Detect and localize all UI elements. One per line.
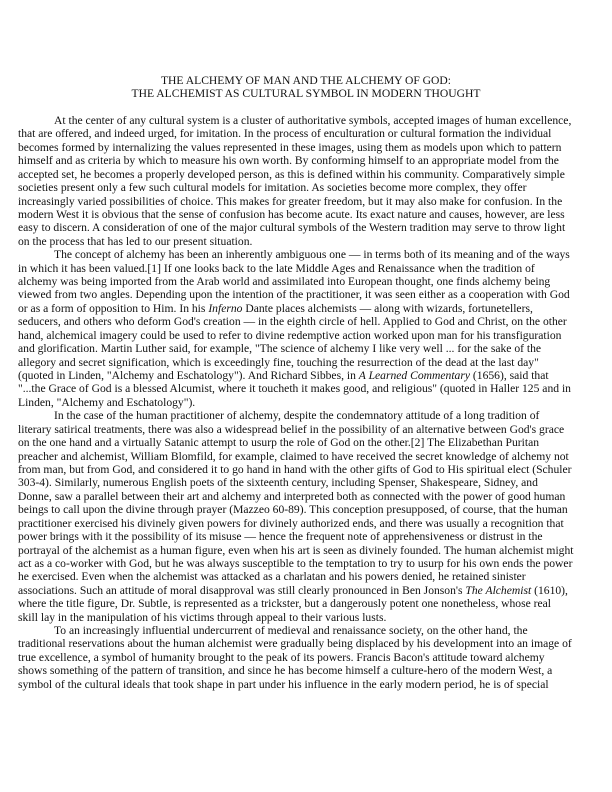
text-line: hand, alchemical imagery could be used t… [18, 329, 598, 342]
text-line: literary satirical treatments, there was… [18, 423, 598, 436]
italic-title: A Learned Commentary [359, 369, 470, 382]
text-line: To an increasingly influential undercurr… [18, 624, 598, 637]
text-line: true excellence, a symbol of humanity br… [18, 651, 598, 664]
title-line-2: THE ALCHEMIST AS CULTURAL SYMBOL IN MODE… [0, 87, 612, 100]
text-line: The concept of alchemy has been an inher… [18, 248, 598, 261]
text-line: where the title figure, Dr. Subtle, is r… [18, 597, 598, 610]
text-line: easy to discern. A consideration of one … [18, 221, 598, 234]
text-line: on the process that has led to our prese… [18, 235, 598, 248]
text-line: associations. Such an attitude of moral … [18, 584, 598, 597]
text-line: "...the Grace of God is a blessed Alcumi… [18, 382, 598, 395]
text-line: act as a co-worker with God, but he was … [18, 557, 598, 570]
text-line: At the center of any cultural system is … [18, 114, 598, 127]
title-line-1: THE ALCHEMY OF MAN AND THE ALCHEMY OF GO… [0, 74, 612, 87]
text-line: In the case of the human practitioner of… [18, 409, 598, 422]
text-line: modern West it is obvious that the sense… [18, 208, 598, 221]
text-line: societies present only a few such cultur… [18, 181, 598, 194]
document-title: THE ALCHEMY OF MAN AND THE ALCHEMY OF GO… [0, 74, 612, 101]
text-line: accepted set, he becomes a properly deve… [18, 168, 598, 181]
text-line: preacher and alchemist, William Blomfild… [18, 450, 598, 463]
text-line: or as a form of opposition to Him. In hi… [18, 302, 598, 315]
text-line: from man, but from God, and considered i… [18, 463, 598, 476]
text-line: on the one hand and a virtually Satanic … [18, 436, 598, 449]
text-line: increasingly varied possibilities of cho… [18, 195, 598, 208]
text-line: viewed from two angles. Depending upon t… [18, 288, 598, 301]
text-line: portrayal of the alchemist as a human fi… [18, 544, 598, 557]
document-page: THE ALCHEMY OF MAN AND THE ALCHEMY OF GO… [0, 0, 612, 792]
text-line: traditional reservations about the human… [18, 637, 598, 650]
text-line: becomes formed by internalizing the valu… [18, 141, 598, 154]
text-line: (quoted in Linden, "Alchemy and Eschatol… [18, 369, 598, 382]
paragraph: At the center of any cultural system is … [18, 114, 598, 248]
text-line: practitioner exercised his divinely give… [18, 517, 598, 530]
text-line: that are offered, and indeed urged, for … [18, 127, 598, 140]
text-line: he exercised. Even when the alchemist wa… [18, 570, 598, 583]
italic-title: Inferno [208, 302, 242, 315]
text-line: allegory and secret signification, which… [18, 356, 598, 369]
paragraph: To an increasingly influential undercurr… [18, 624, 598, 691]
text-line: seducers, and others who deform God's cr… [18, 315, 598, 328]
text-line: and glorification. Martin Luther said, f… [18, 342, 598, 355]
text-line: Donne, saw a parallel between their art … [18, 490, 598, 503]
text-line: symbol of the cultural ideals that took … [18, 678, 598, 691]
text-line: in which it has been valued.[1] If one l… [18, 262, 598, 275]
text-line: power brings with it the possibility of … [18, 530, 598, 543]
text-line: beings to call upon the divine through p… [18, 503, 598, 516]
text-line: Linden, "Alchemy and Eschatology"). [18, 396, 598, 409]
text-line: alchemy was being imported from the Arab… [18, 275, 598, 288]
text-line: skill lay in the manipulation of his vic… [18, 611, 598, 624]
italic-title: The Alchemist [465, 584, 531, 597]
text-line: 303-4). Similarly, numerous English poet… [18, 476, 598, 489]
paragraph: In the case of the human practitioner of… [18, 409, 598, 624]
text-line: himself and as criteria by which to meas… [18, 154, 598, 167]
document-body: At the center of any cultural system is … [18, 114, 598, 691]
text-line: shows something of the pattern of transi… [18, 664, 598, 677]
paragraph: The concept of alchemy has been an inher… [18, 248, 598, 409]
